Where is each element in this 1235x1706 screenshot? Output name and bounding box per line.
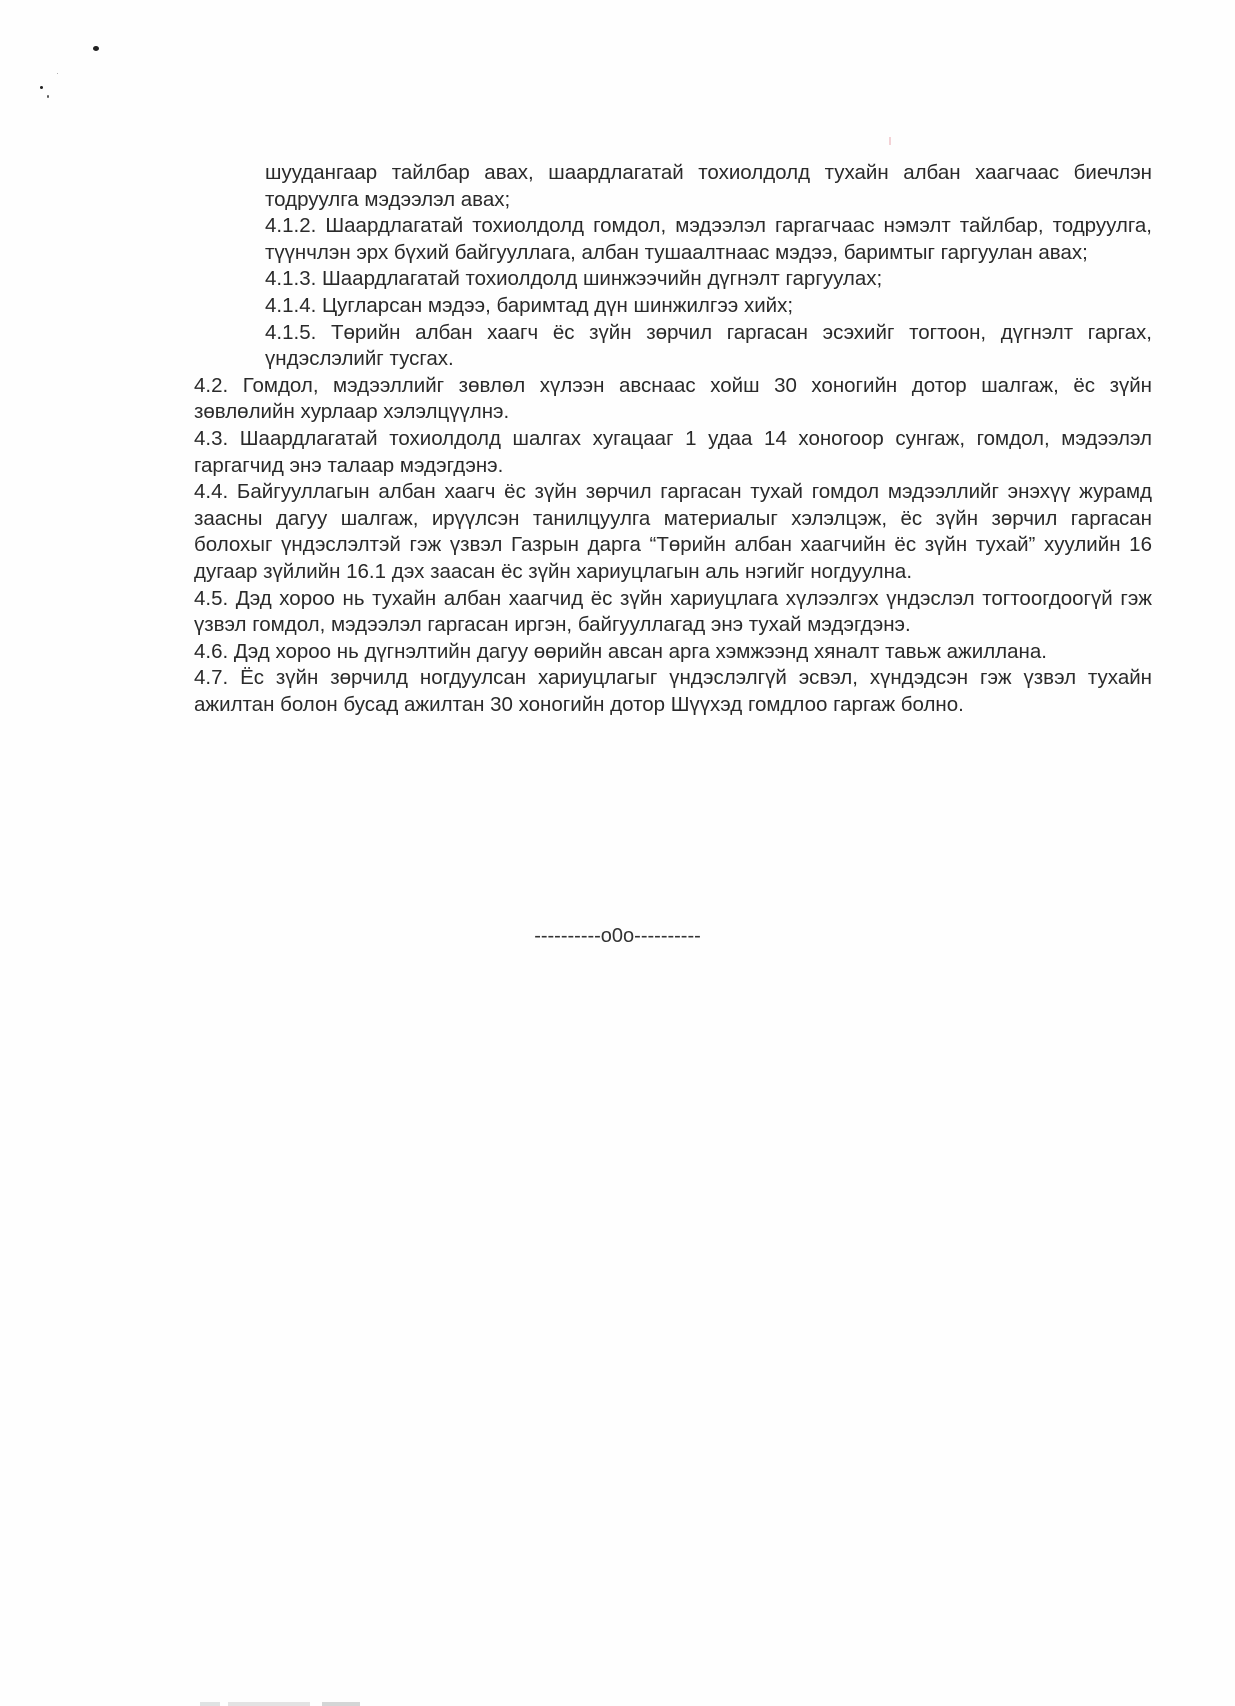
- scan-speck: [40, 86, 43, 89]
- scan-speck: [47, 95, 49, 98]
- paragraph-4-3: 4.3. Шаардлагатай тохиолдолд шалгах хуга…: [194, 426, 1152, 479]
- paragraph-4-1-5: 4.1.5. Төрийн албан хаагч ёс зүйн зөрчил…: [194, 320, 1152, 373]
- paragraph-4-2: 4.2. Гомдол, мэдээллийг зөвлөл хүлээн ав…: [194, 373, 1152, 426]
- scan-speck: [93, 46, 99, 51]
- paragraph-4-1-4: 4.1.4. Цугларсан мэдээ, баримтад дүн шин…: [194, 293, 1152, 320]
- scan-mark: [889, 137, 891, 145]
- paragraph-4-6: 4.6. Дэд хороо нь дүгнэлтийн дагуу өөрий…: [194, 639, 1152, 666]
- document-body: шуудангаар тайлбар авах, шаардлагатай то…: [194, 160, 1152, 718]
- scanned-page: шуудангаар тайлбар авах, шаардлагатай то…: [0, 0, 1235, 1706]
- paragraph-4-5: 4.5. Дэд хороо нь тухайн албан хаагчид ё…: [194, 586, 1152, 639]
- paragraph-4-4: 4.4. Байгууллагын албан хаагч ёс зүйн зө…: [194, 479, 1152, 585]
- scan-speck: [57, 73, 58, 74]
- end-separator: ----------o0o----------: [0, 925, 1235, 948]
- paragraph-4-1-3: 4.1.3. Шаардлагатай тохиолдолд шинжээчий…: [194, 266, 1152, 293]
- paragraph-4-1-1-continuation: шуудангаар тайлбар авах, шаардлагатай то…: [194, 160, 1152, 213]
- paragraph-4-7: 4.7. Ёс зүйн зөрчилд ногдуулсан хариуцла…: [194, 665, 1152, 718]
- scan-bottom-edge: [200, 1702, 400, 1706]
- paragraph-4-1-2: 4.1.2. Шаардлагатай тохиолдолд гомдол, м…: [194, 213, 1152, 266]
